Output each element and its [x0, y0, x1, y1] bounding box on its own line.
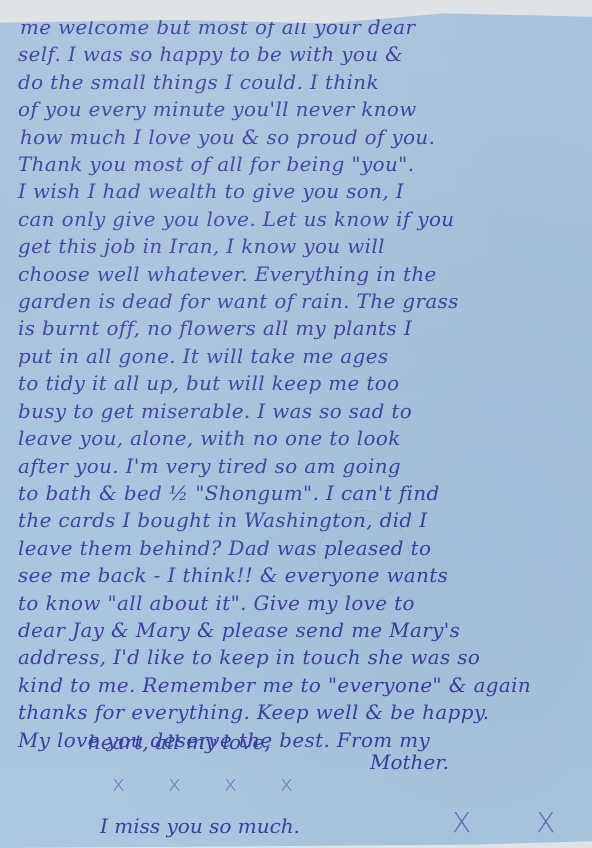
letter-line: me welcome but most of all your dear [18, 14, 578, 41]
letter-line: choose well whatever. Everything in the [18, 261, 578, 288]
letter-line: put in all gone. It will take me ages [18, 343, 578, 370]
letter-line: thanks for everything. Keep well & be ha… [18, 699, 578, 726]
letter-line: to tidy it all up, but will keep me too [18, 370, 578, 397]
letter-line: of you every minute you'll never know [18, 96, 578, 123]
letter-line: to bath & bed ½ "Shongum". I can't find [18, 480, 578, 507]
letter-line: I wish I had wealth to give you son, I [18, 178, 578, 205]
letter-line: do the small things I could. I think [18, 69, 578, 96]
postscript-kisses: X X [452, 806, 583, 839]
letter-line: get this job in Iran, I know you will [18, 233, 578, 260]
letter-line: can only give you love. Let us know if y… [18, 206, 578, 233]
letter-line: Thank you most of all for being "you". [18, 151, 578, 178]
kisses-row: x x x x [112, 772, 311, 797]
letter-line: busy to get miserable. I was so sad to [18, 398, 578, 425]
letter-line: after you. I'm very tired so am going [18, 453, 578, 480]
letter-line: garden is dead for want of rain. The gra… [18, 288, 578, 315]
letter-signature: Mother. [370, 750, 449, 774]
letter-closing: heart, all my love, [88, 730, 271, 754]
postscript-text: I miss you so much. [100, 814, 300, 838]
letter-line: the cards I bought in Washington, did I [18, 507, 578, 534]
letter-line: see me back - I think!! & everyone wants [18, 562, 578, 589]
letter-line: is burnt off, no flowers all my plants I [18, 315, 578, 342]
letter-line: leave them behind? Dad was pleased to [18, 535, 578, 562]
letter-page: me welcome but most of all your dear sel… [0, 10, 592, 848]
letter-line: how much I love you & so proud of you. [18, 124, 578, 151]
letter-line: to know "all about it". Give my love to [18, 590, 578, 617]
letter-line: leave you, alone, with no one to look [18, 425, 578, 452]
letter-line: dear Jay & Mary & please send me Mary's [18, 617, 578, 644]
letter-line: address, I'd like to keep in touch she w… [18, 644, 578, 671]
letter-line: kind to me. Remember me to "everyone" & … [18, 672, 578, 699]
letter-body: me welcome but most of all your dear sel… [18, 14, 582, 754]
letter-line: self. I was so happy to be with you & [18, 41, 578, 68]
